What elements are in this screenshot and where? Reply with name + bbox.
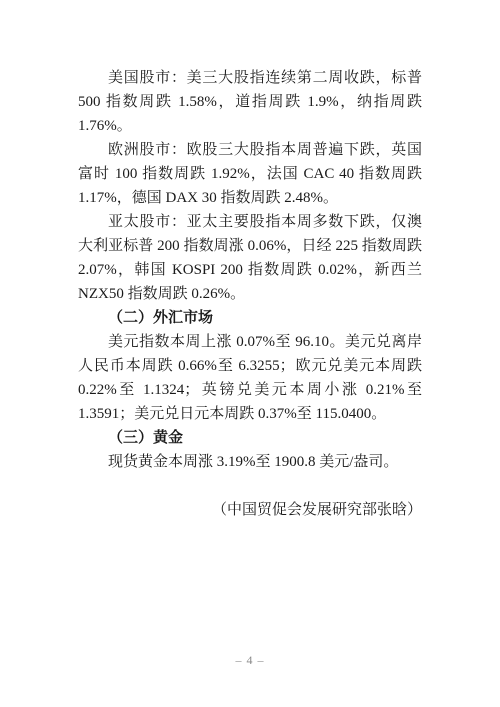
- paragraph-us-stocks: 美国股市：美三大股指连续第二周收跌，标普 500 指数周跌 1.58%，道指周跌…: [78, 66, 422, 138]
- section-heading-forex-market: （二）外汇市场: [78, 306, 422, 330]
- page-number: – 4 –: [0, 651, 500, 669]
- paragraph-asia-pacific-stocks: 亚太股市：亚太主要股指本周多数下跌，仅澳大利亚标普 200 指数周涨 0.06%…: [78, 210, 422, 306]
- document-page: 美国股市：美三大股指连续第二周收跌，标普 500 指数周跌 1.58%，道指周跌…: [0, 0, 500, 707]
- paragraph-gold: 现货黄金本周涨 3.19%至 1900.8 美元/盎司。: [78, 450, 422, 474]
- paragraph-europe-stocks: 欧洲股市：欧股三大股指本周普遍下跌，英国富时 100 指数周跌 1.92%，法国…: [78, 138, 422, 210]
- document-body: 美国股市：美三大股指连续第二周收跌，标普 500 指数周跌 1.58%，道指周跌…: [78, 66, 422, 522]
- attribution-line: （中国贸促会发展研究部张晗）: [78, 498, 422, 522]
- paragraph-forex: 美元指数本周上涨 0.07%至 96.10。美元兑离岸人民币本周跌 0.66%至…: [78, 330, 422, 426]
- section-heading-gold: （三）黄金: [78, 426, 422, 450]
